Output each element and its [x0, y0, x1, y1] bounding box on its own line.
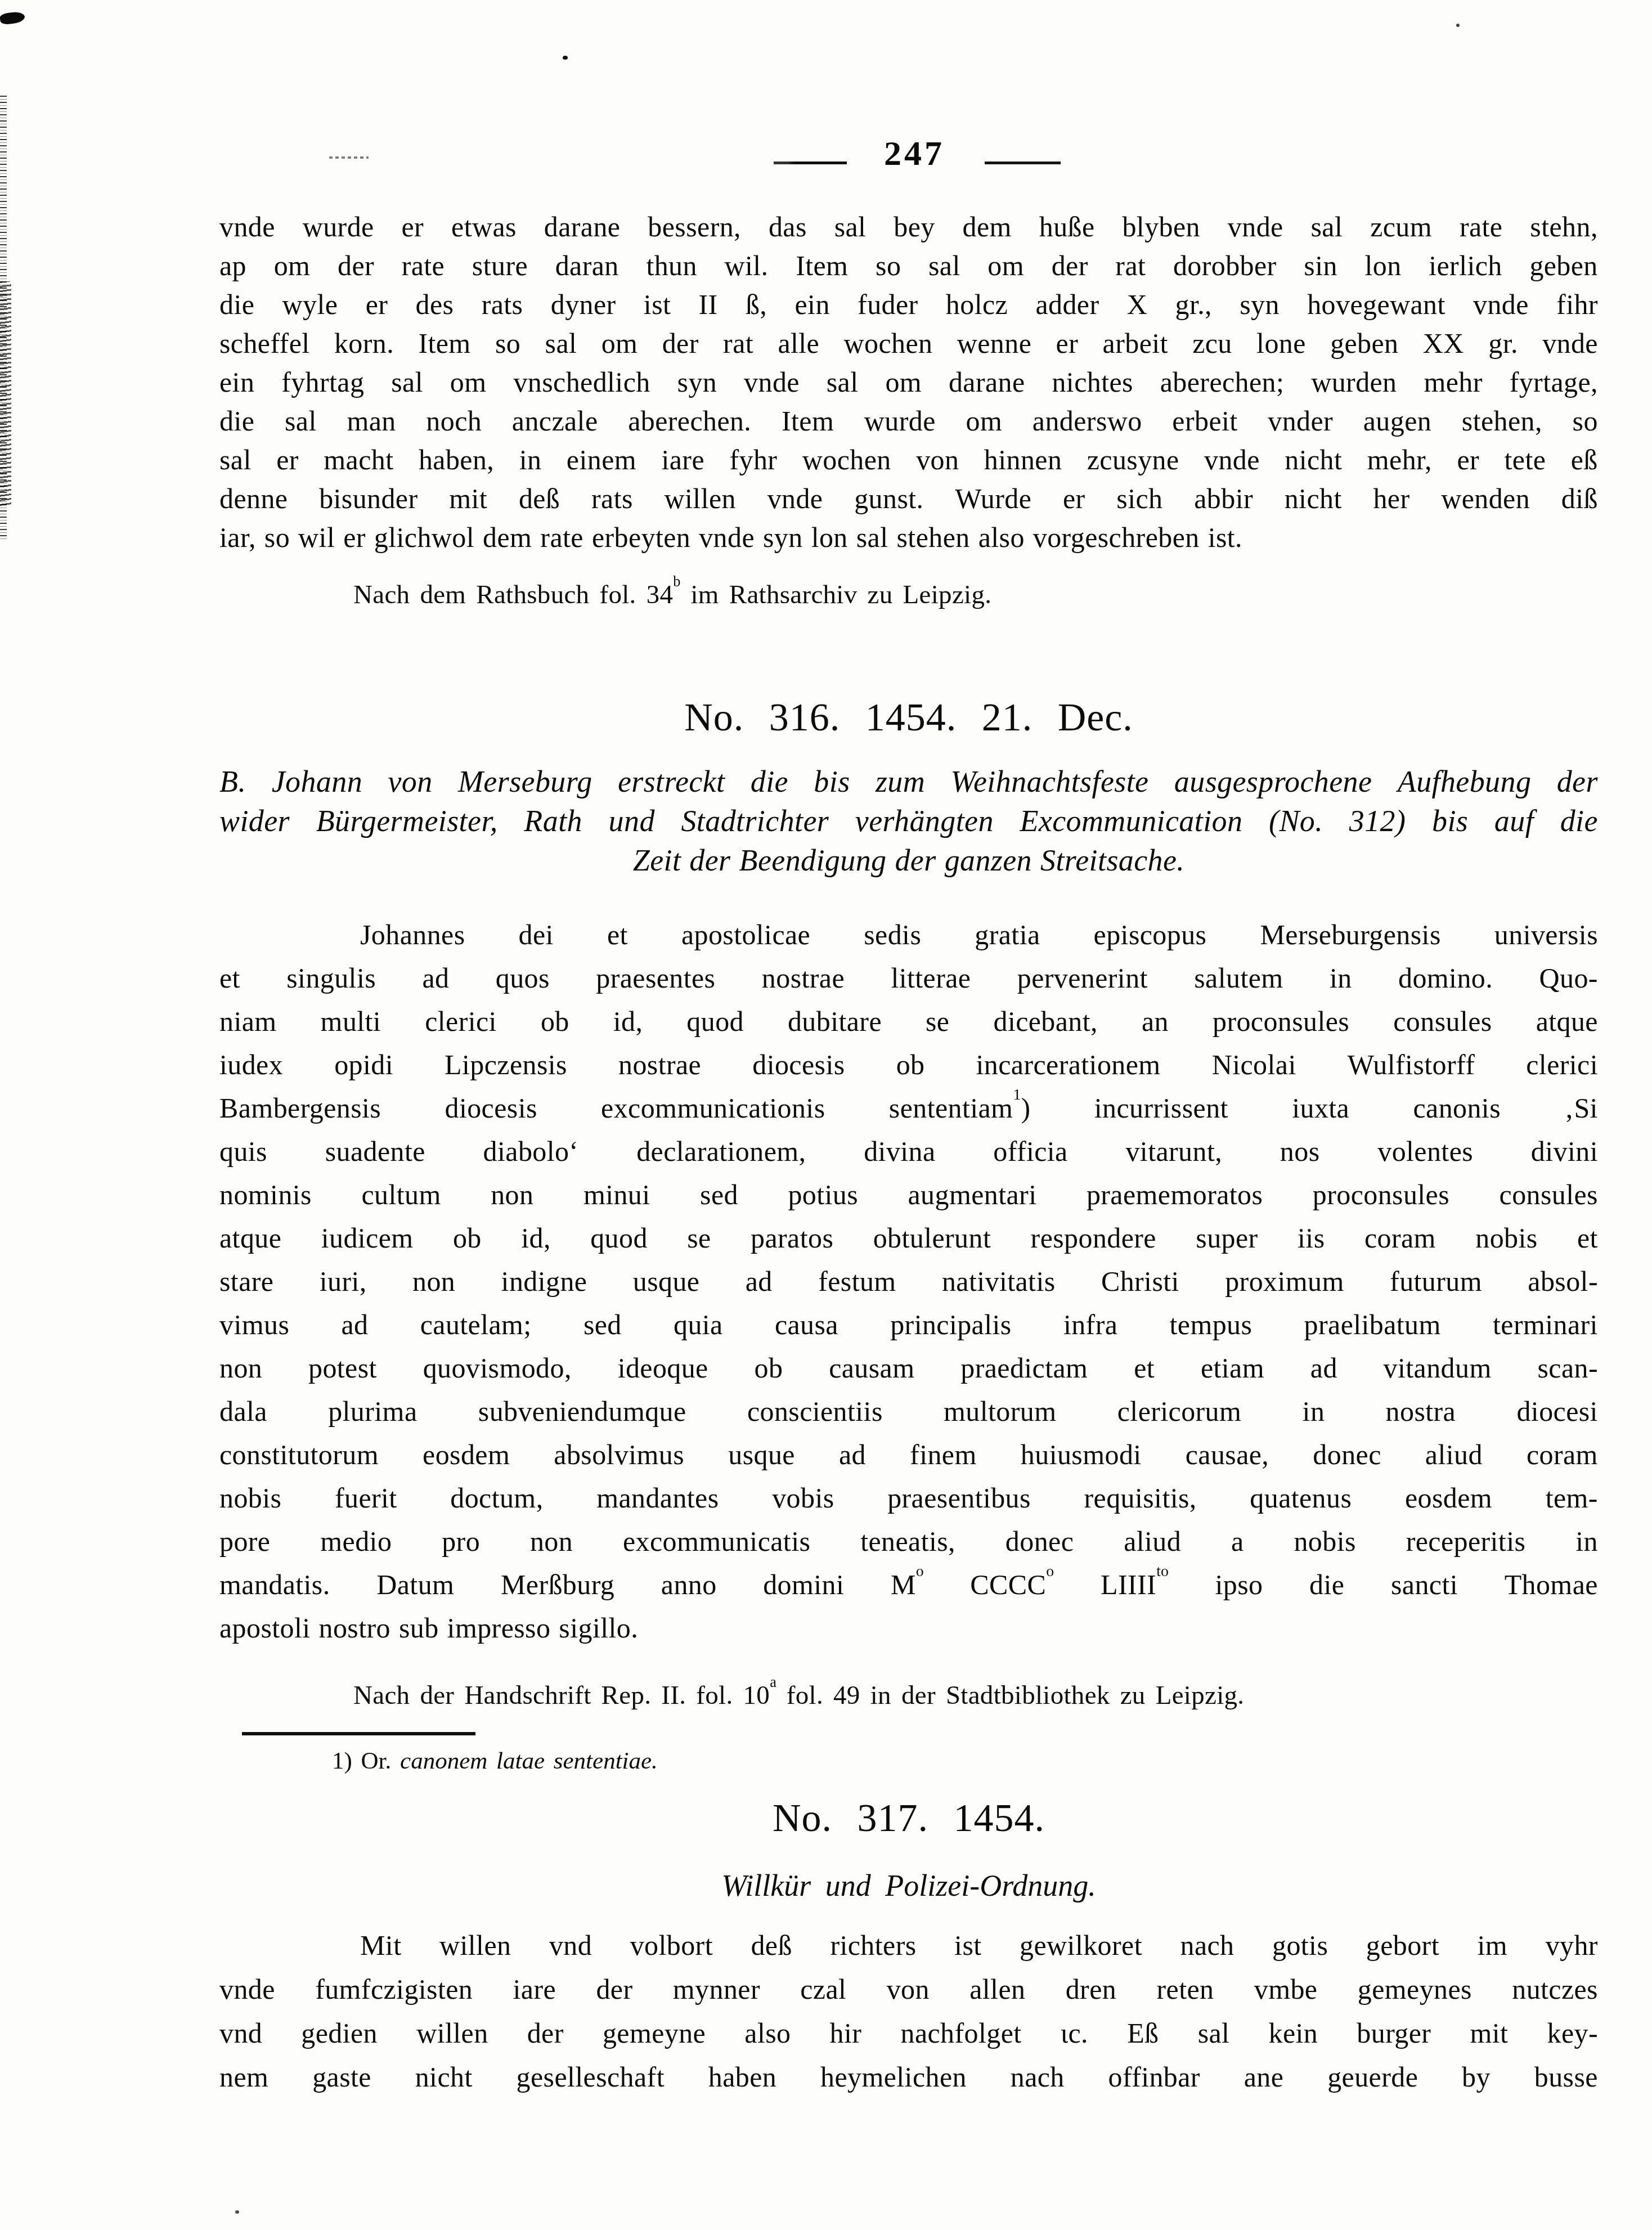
entry-316-heading: No. 316. 1454. 21. Dec. [219, 696, 1598, 741]
page-number: 247 [858, 134, 971, 174]
source-note-rathsbuch: Nach dem Rathsbuch fol. 34b im Rathsarch… [353, 580, 991, 610]
entry-317-heading: No. 317. 1454. [219, 1796, 1598, 1841]
scan-noise-corner [0, 11, 25, 25]
page-number-rule-left [774, 161, 847, 164]
scan-noise-left-edge-dense [0, 281, 11, 506]
entry-316-summary: B.JohannvonMerseburgerstrecktdiebiszumWe… [219, 764, 1598, 882]
source-note-handschrift: Nach der Handschrift Rep. II. fol. 10a f… [353, 1680, 1244, 1711]
entry-315-continuation-paragraph: vndewurdeeretwasdaranebessern,dassalbeyd… [219, 210, 1598, 560]
footnote-rule [242, 1732, 475, 1735]
scanned-book-page: 247 vndewurdeeretwasdaranebessern,dassal… [0, 0, 1652, 2230]
entry-316-body: Johannesdeietapostolicaesedisgratiaepisc… [219, 918, 1598, 1655]
page-number-rule-right [985, 161, 1061, 164]
entry-317-subtitle: Willkür und Polizei-Ordnung. [219, 1868, 1598, 1903]
footnote-1: 1) Or. canonem latae sententiae. [332, 1747, 658, 1775]
scan-noise-left-edge [0, 96, 7, 540]
text-block: 247 vndewurdeeretwasdaranebessern,dassal… [219, 0, 1598, 2230]
entry-317-body: Mitwillenvndvolbortdeßrichtersistgewilko… [219, 1929, 1598, 2105]
